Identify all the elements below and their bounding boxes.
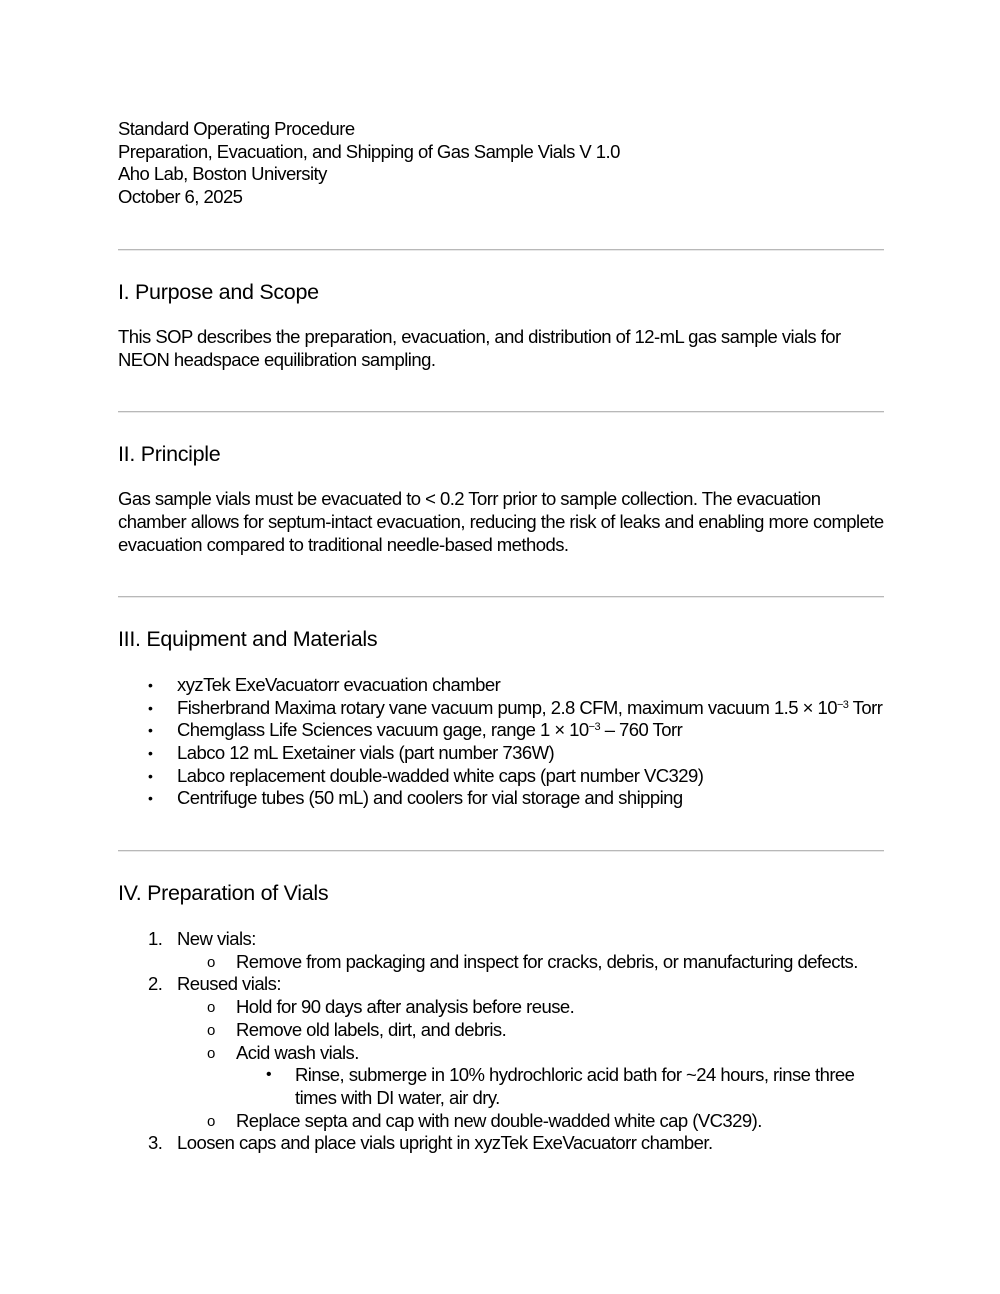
sub-step-item: oRemove from packaging and inspect for c… <box>177 951 884 974</box>
doc-type: Standard Operating Procedure <box>118 118 884 141</box>
section-heading-preparation: IV. Preparation of Vials <box>118 880 884 906</box>
circle-bullet-icon: o <box>207 997 215 1020</box>
document-page: Standard Operating Procedure Preparation… <box>118 118 884 1155</box>
step-item: 1.New vials: oRemove from packaging and … <box>118 928 884 973</box>
bullet-icon: • <box>148 742 152 765</box>
bullet-icon: • <box>148 787 152 810</box>
sub-step-item: oRemove old labels, dirt, and debris. <box>177 1019 884 1042</box>
list-item: •xyzTek ExeVacuatorr evacuation chamber <box>118 674 884 697</box>
list-item: •Chemglass Life Sciences vacuum gage, ra… <box>118 719 884 742</box>
bullet-icon: • <box>148 765 152 788</box>
sub-step-item: oHold for 90 days after analysis before … <box>177 996 884 1019</box>
equipment-list: •xyzTek ExeVacuatorr evacuation chamber … <box>118 674 884 810</box>
doc-organization: Aho Lab, Boston University <box>118 163 884 186</box>
bullet-icon: • <box>148 674 152 697</box>
sub-step-item: oReplace septa and cap with new double-w… <box>177 1110 884 1133</box>
section-heading-principle: II. Principle <box>118 441 884 467</box>
section-heading-purpose: I. Purpose and Scope <box>118 279 884 305</box>
doc-title: Preparation, Evacuation, and Shipping of… <box>118 141 884 164</box>
detail-item: •Rinse, submerge in 10% hydrochloric aci… <box>236 1064 884 1109</box>
sub-step-item: oAcid wash vials. •Rinse, submerge in 10… <box>177 1042 884 1110</box>
bullet-icon: • <box>148 719 152 742</box>
step-item: 3.Loosen caps and place vials upright in… <box>118 1132 884 1155</box>
bullet-icon: • <box>148 697 152 720</box>
circle-bullet-icon: o <box>207 1043 215 1066</box>
section-body-principle: Gas sample vials must be evacuated to < … <box>118 487 884 556</box>
circle-bullet-icon: o <box>207 1020 215 1043</box>
bullet-icon: • <box>266 1064 271 1087</box>
section-body-purpose: This SOP describes the preparation, evac… <box>118 325 884 371</box>
list-item: •Labco replacement double-wadded white c… <box>118 765 884 788</box>
circle-bullet-icon: o <box>207 1111 215 1134</box>
doc-date: October 6, 2025 <box>118 186 884 209</box>
document-header: Standard Operating Procedure Preparation… <box>118 118 884 209</box>
preparation-steps: 1.New vials: oRemove from packaging and … <box>118 928 884 1155</box>
list-item: •Labco 12 mL Exetainer vials (part numbe… <box>118 742 884 765</box>
list-item: •Centrifuge tubes (50 mL) and coolers fo… <box>118 787 884 810</box>
section-heading-equipment: III. Equipment and Materials <box>118 626 884 652</box>
list-item: •Fisherbrand Maxima rotary vane vacuum p… <box>118 697 884 720</box>
circle-bullet-icon: o <box>207 952 215 975</box>
step-item: 2.Reused vials: oHold for 90 days after … <box>118 973 884 1132</box>
